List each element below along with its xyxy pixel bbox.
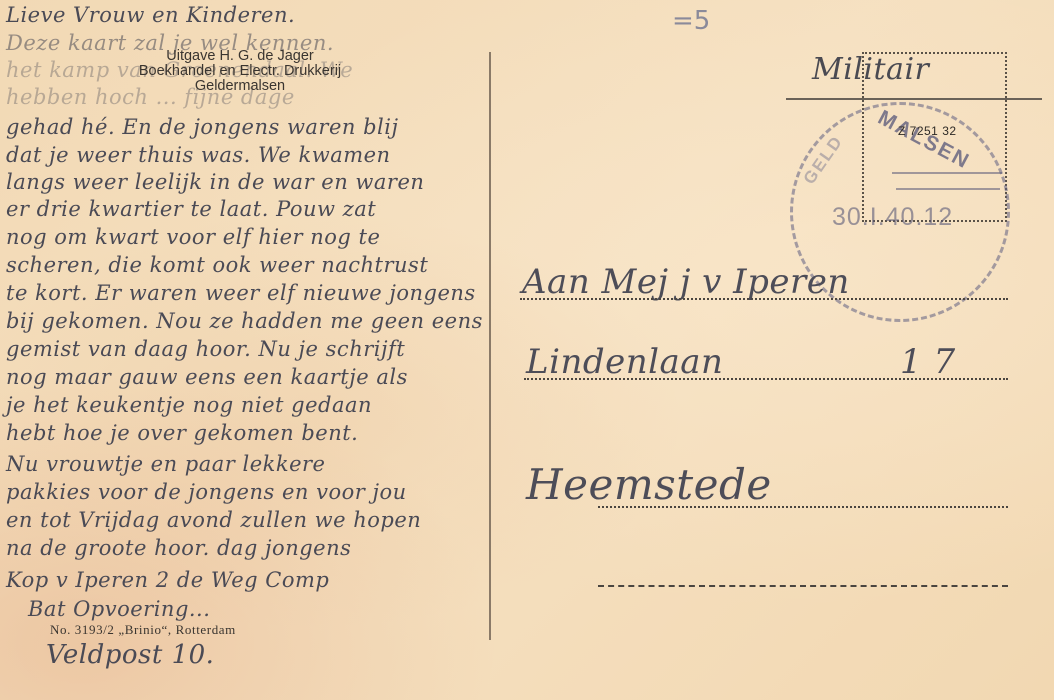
message-line: er drie kwartier te laat. Pouw zat — [6, 197, 376, 221]
address-line-1: Aan Mej j v Iperen — [522, 262, 850, 302]
message-line: Veldpost 10. — [46, 640, 214, 670]
message-line: gehad hé. En de jongens waren blij — [6, 115, 399, 139]
address-line-3: Heemstede — [526, 460, 772, 509]
message-line: Nu vrouwtje en paar lekkere — [6, 452, 326, 476]
message-line: na de groote hoor. dag jongens — [6, 536, 351, 560]
message-line: scheren, die komt ook weer nachtrust — [6, 253, 428, 277]
postmark-date: 30.I.40.12 — [832, 203, 953, 232]
address-rule — [524, 378, 1008, 380]
message-line: je het keukentje nog niet gedaan — [6, 393, 372, 417]
count-mark: =5 — [672, 6, 710, 36]
message-line: nog maar gauw eens een kaartje als — [6, 365, 408, 389]
printer-imprint: No. 3193/2 „Brinio“, Rotterdam — [50, 622, 236, 638]
publisher-imprint: Uitgave H. G. de Jager Boekhandel en Ele… — [95, 49, 385, 94]
message-line: Bat Opvoering... — [28, 597, 210, 621]
address-rule — [598, 506, 1008, 508]
message-line: nog om kwart voor elf hier nog te — [6, 225, 380, 249]
message-line: dat je weer thuis was. We kwamen — [6, 143, 391, 167]
postcard-back: =5 Lieve Vrouw en Kinderen. Deze kaart z… — [0, 0, 1054, 700]
message-line: gemist van daag hoor. Nu je schrijft — [6, 337, 405, 361]
message-line: Lieve Vrouw en Kinderen. — [6, 3, 295, 27]
address-rule — [520, 298, 1008, 300]
postmark-bar — [892, 172, 1002, 174]
address-house-number: 1 7 — [900, 342, 956, 382]
address-line-2: Lindenlaan — [526, 342, 723, 382]
publisher-line: Boekhandel en Electr. Drukkerij — [95, 64, 385, 79]
message-line: hebt hoe je over gekomen bent. — [6, 421, 358, 445]
address-rule — [598, 585, 1008, 587]
message-line: Kop v Iperen 2 de Weg Comp — [6, 568, 329, 592]
postmark-bar — [896, 188, 1000, 190]
message-line: bij gekomen. Nou ze hadden me geen eens — [6, 309, 483, 333]
center-divider — [489, 52, 491, 640]
stamp-code: Z 7251 32 — [898, 124, 957, 138]
message-line: langs weer leelijk in de war en waren — [6, 170, 424, 194]
message-line: en tot Vrijdag avond zullen we hopen — [6, 508, 421, 532]
publisher-line: Uitgave H. G. de Jager — [95, 49, 385, 64]
message-line: pakkies voor de jongens en voor jou — [6, 480, 407, 504]
message-line: te kort. Er waren weer elf nieuwe jongen… — [6, 281, 476, 305]
publisher-line: Geldermalsen — [95, 79, 385, 94]
